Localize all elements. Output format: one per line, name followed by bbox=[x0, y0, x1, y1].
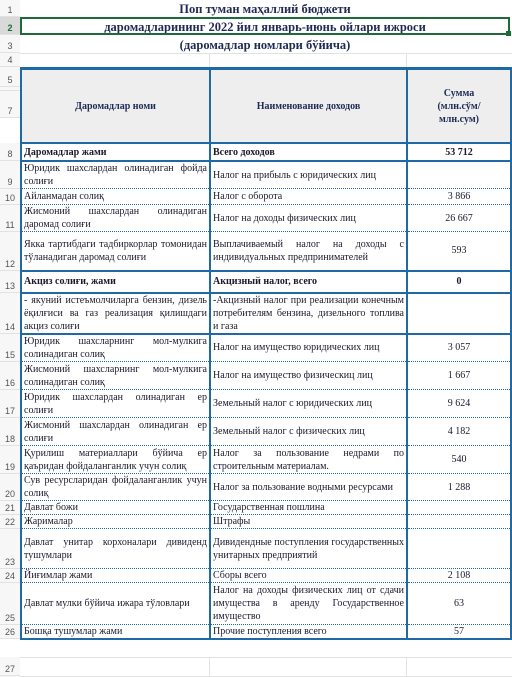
spreadsheet: 1 2 3 4 5 7 Поп туман маҳаллий бюджети д… bbox=[0, 0, 512, 677]
row-header-1[interactable]: 1 bbox=[0, 0, 20, 17]
revenue-table: Даромадлар номи Наименование доходов Сум… bbox=[20, 67, 512, 640]
row-header-11[interactable]: 11 bbox=[0, 205, 20, 232]
table-row: Давлат мулки бўйича ижара тўловлариНалог… bbox=[21, 583, 511, 625]
cell-name-ru[interactable]: Налог за пользование недрами по строител… bbox=[210, 446, 407, 474]
cell-amount[interactable]: 2 108 bbox=[407, 569, 511, 583]
row-header-21[interactable]: 21 bbox=[0, 501, 20, 515]
cell-name-ru[interactable]: Дивидендные поступления государственных … bbox=[210, 529, 407, 569]
row-header-18[interactable]: 18 bbox=[0, 418, 20, 446]
cell-name-uz[interactable]: Жарималар bbox=[21, 515, 210, 529]
cell-name-uz[interactable]: Юридик шахслардан олинадиган ер солиғи bbox=[21, 390, 210, 418]
row-header-24[interactable]: 24 bbox=[0, 569, 20, 583]
cell-amount[interactable]: 3 866 bbox=[407, 189, 511, 205]
gridline bbox=[209, 657, 210, 677]
table-row: - якуний истеъмолчиларга бензин, дизель … bbox=[21, 293, 511, 334]
cell-name-ru[interactable]: Налог на прибыль с юридических лиц bbox=[210, 161, 407, 189]
cell-name-uz[interactable]: Жисмоний шахслардан олинадиган даромад с… bbox=[21, 205, 210, 232]
table-row: Якка тартибдаги тадбиркорлар томонидан т… bbox=[21, 232, 511, 271]
table-row: Юридик шахслардан олинадиган фойда солиғ… bbox=[21, 161, 511, 189]
cell-name-uz[interactable]: Якка тартибдаги тадбиркорлар томонидан т… bbox=[21, 232, 210, 271]
row-header-23[interactable]: 23 bbox=[0, 529, 20, 569]
report-title-line3: (даромадлар номлари бўйича) bbox=[20, 38, 510, 53]
cell-name-uz[interactable]: Давлат божи bbox=[21, 501, 210, 515]
cell-amount[interactable]: 53 712 bbox=[407, 143, 511, 161]
cell-amount[interactable]: 9 624 bbox=[407, 390, 511, 418]
cell-name-uz[interactable]: Акциз солиғи, жами bbox=[21, 271, 210, 293]
row-header-27[interactable]: 27 bbox=[0, 657, 20, 676]
gridline bbox=[406, 657, 407, 677]
header-amount[interactable]: Сумма (млн.сўм/ млн.сум) bbox=[407, 69, 511, 144]
row-header-9[interactable]: 9 bbox=[0, 161, 20, 189]
cell-name-ru[interactable]: Всего доходов bbox=[210, 143, 407, 161]
cell-amount[interactable]: 63 bbox=[407, 583, 511, 625]
header-name-uz[interactable]: Даромадлар номи bbox=[21, 69, 210, 144]
table-row: Бошқа тушумлар жамиПрочие поступления вс… bbox=[21, 625, 511, 640]
table-row: Жисмоний шахслардан олинадиган даромад с… bbox=[21, 205, 511, 232]
table-row: Давлат божиГосударственная пошлина bbox=[21, 501, 511, 515]
cell-name-ru[interactable]: Налог на имущество юридических лиц bbox=[210, 334, 407, 362]
cell-name-uz[interactable]: Жисмоний шахслардан олинадиган ер солиғи bbox=[21, 418, 210, 446]
table-row: Акциз солиғи, жамиАкцизный налог, всего0 bbox=[21, 271, 511, 293]
cell-name-uz[interactable]: Сув ресурсларидан фойдаланганлик учун со… bbox=[21, 474, 210, 501]
cell-name-ru[interactable]: Выплачиваемый налог на доходы с индивиду… bbox=[210, 232, 407, 271]
gridline bbox=[20, 657, 512, 658]
cell-amount[interactable]: 3 057 bbox=[407, 334, 511, 362]
cell-amount[interactable]: 26 667 bbox=[407, 205, 511, 232]
cell-name-uz[interactable]: - якуний истеъмолчиларга бензин, дизель … bbox=[21, 293, 210, 334]
gridline bbox=[20, 53, 512, 54]
cell-amount[interactable] bbox=[407, 529, 511, 569]
cell-name-uz[interactable]: Айланмадан солиқ bbox=[21, 189, 210, 205]
cell-name-uz[interactable]: Бошқа тушумлар жами bbox=[21, 625, 210, 640]
cell-amount[interactable] bbox=[407, 161, 511, 189]
report-title-line1: Поп туман маҳаллий бюджети bbox=[20, 2, 510, 17]
row-header-12[interactable]: 12 bbox=[0, 232, 20, 271]
row-header-2[interactable]: 2 bbox=[0, 17, 20, 35]
cell-amount[interactable]: 4 182 bbox=[407, 418, 511, 446]
table-row: Қурилиш материаллари бўйича ер қаъридан … bbox=[21, 446, 511, 474]
selected-cell-range[interactable] bbox=[20, 17, 510, 35]
table-row: Юридик шахсларнинг мол-мулкига солинадиг… bbox=[21, 334, 511, 362]
cell-amount[interactable]: 1 667 bbox=[407, 362, 511, 390]
cell-name-uz[interactable]: Давлат унитар корхоналари дивиденд тушум… bbox=[21, 529, 210, 569]
row-header-10[interactable]: 10 bbox=[0, 189, 20, 205]
row-header-4[interactable]: 4 bbox=[0, 53, 20, 67]
cell-name-uz[interactable]: Давлат мулки бўйича ижара тўловлари bbox=[21, 583, 210, 625]
cell-amount[interactable]: 593 bbox=[407, 232, 511, 271]
table-row: Жисмоний шахслардан олинадиган ер солиғи… bbox=[21, 418, 511, 446]
cell-name-ru[interactable]: Налог с оборота bbox=[210, 189, 407, 205]
cell-name-ru[interactable]: Акцизный налог, всего bbox=[210, 271, 407, 293]
cell-name-uz[interactable]: Йиғимлар жами bbox=[21, 569, 210, 583]
table-row: ЖарималарШтрафы bbox=[21, 515, 511, 529]
table-row: Сув ресурсларидан фойдаланганлик учун со… bbox=[21, 474, 511, 501]
table-row: Даромадлар жамиВсего доходов53 712 bbox=[21, 143, 511, 161]
row-header-3[interactable]: 3 bbox=[0, 35, 20, 53]
row-header-15[interactable]: 15 bbox=[0, 334, 20, 362]
cell-name-ru[interactable]: Налог за пользование водными ресурсами bbox=[210, 474, 407, 501]
row-header-14[interactable]: 14 bbox=[0, 293, 20, 334]
gridline bbox=[209, 53, 210, 67]
cell-amount[interactable] bbox=[407, 515, 511, 529]
table-row: Айланмадан солиқНалог с оборота3 866 bbox=[21, 189, 511, 205]
header-name-ru[interactable]: Наименование доходов bbox=[210, 69, 407, 144]
row-header-8[interactable]: 8 bbox=[0, 143, 20, 161]
row-header-20[interactable]: 20 bbox=[0, 474, 20, 501]
row-header-25[interactable]: 25 bbox=[0, 583, 20, 625]
row-header-26[interactable]: 26 bbox=[0, 625, 20, 640]
cell-name-uz[interactable]: Жисмоний шахсларнинг мол-мулкига солинад… bbox=[21, 362, 210, 390]
cell-amount[interactable] bbox=[407, 293, 511, 334]
cell-name-ru[interactable]: Штрафы bbox=[210, 515, 407, 529]
cell-name-uz[interactable]: Юридик шахслардан олинадиган фойда солиғ… bbox=[21, 161, 210, 189]
cell-name-uz[interactable]: Қурилиш материаллари бўйича ер қаъридан … bbox=[21, 446, 210, 474]
cell-name-uz[interactable]: Даромадлар жами bbox=[21, 143, 210, 161]
cell-name-ru[interactable]: Налог на доходы физических лиц bbox=[210, 205, 407, 232]
row-header-13[interactable]: 13 bbox=[0, 271, 20, 293]
cell-name-ru[interactable]: Прочие поступления всего bbox=[210, 625, 407, 640]
cell-name-ru[interactable]: Налог на имущество физическиц лиц bbox=[210, 362, 407, 390]
row-header-17[interactable]: 17 bbox=[0, 390, 20, 418]
cell-name-uz[interactable]: Юридик шахсларнинг мол-мулкига солинадиг… bbox=[21, 334, 210, 362]
cell-name-ru[interactable]: Налог на доходы физических лиц от сдачи … bbox=[210, 583, 407, 625]
cell-name-ru[interactable]: Сборы всего bbox=[210, 569, 407, 583]
row-header-5[interactable]: 5 bbox=[0, 67, 20, 87]
cell-amount[interactable] bbox=[407, 501, 511, 515]
cell-amount[interactable]: 57 bbox=[407, 625, 511, 640]
cell-amount[interactable]: 540 bbox=[407, 446, 511, 474]
table-row: Юридик шахслардан олинадиган ер солиғиЗе… bbox=[21, 390, 511, 418]
cell-name-ru[interactable]: Земельный налог с физических лиц bbox=[210, 418, 407, 446]
table-row: Жисмоний шахсларнинг мол-мулкига солинад… bbox=[21, 362, 511, 390]
cell-name-ru[interactable]: -Акцизный налог при реализации конечным … bbox=[210, 293, 407, 334]
table-row: Давлат унитар корхоналари дивиденд тушум… bbox=[21, 529, 511, 569]
cell-amount[interactable]: 0 bbox=[407, 271, 511, 293]
row-header-16[interactable]: 16 bbox=[0, 362, 20, 390]
gridline bbox=[406, 53, 407, 67]
row-header-22[interactable]: 22 bbox=[0, 515, 20, 529]
row-header-7[interactable]: 7 bbox=[0, 91, 20, 118]
row-header-19[interactable]: 19 bbox=[0, 446, 20, 474]
cell-name-ru[interactable]: Государственная пошлина bbox=[210, 501, 407, 515]
cell-name-ru[interactable]: Земельный налог с юридических лиц bbox=[210, 390, 407, 418]
cell-amount[interactable]: 1 288 bbox=[407, 474, 511, 501]
table-row: Йиғимлар жамиСборы всего2 108 bbox=[21, 569, 511, 583]
fill-handle[interactable] bbox=[506, 31, 511, 36]
